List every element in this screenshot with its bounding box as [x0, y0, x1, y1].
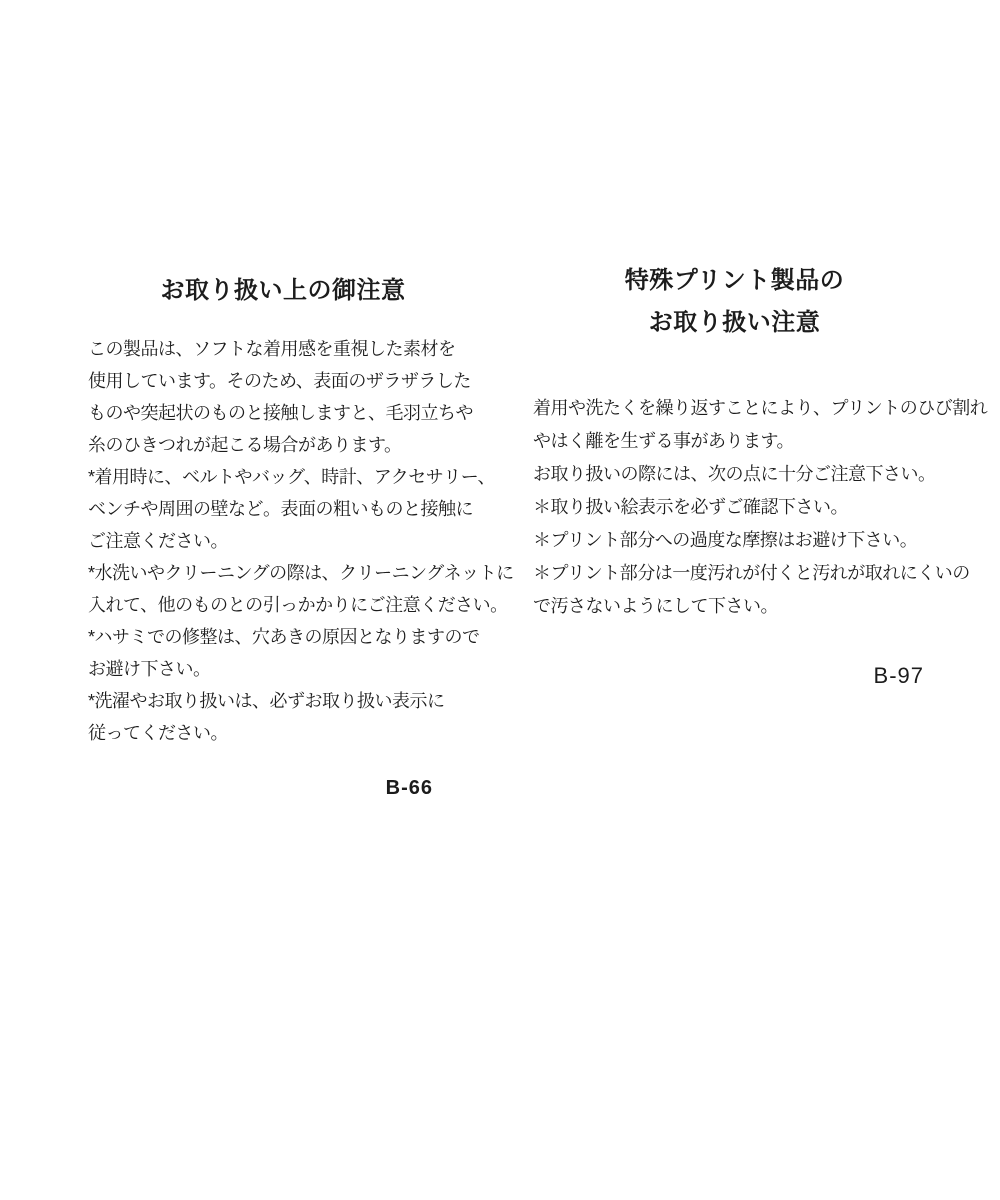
right-panel-title-line-1: 特殊プリント製品の	[533, 266, 936, 308]
text-line: お避け下さい。	[88, 653, 448, 685]
care-instructions-document: お取り扱い上の御注意 この製品は、ソフトな着用感を重視した素材を使用しています。…	[0, 0, 1000, 1200]
text-line: ＊取り扱い絵表示を必ずご確認下さい。	[533, 491, 963, 524]
text-line: 入れて、他のものとの引っかかりにご注意ください。	[88, 589, 448, 621]
text-line: 着用や洗たくを繰り返すことにより、プリントのひび割れ	[533, 392, 963, 425]
text-line: *水洗いやクリーニングの際は、クリーニングネットに	[88, 557, 448, 589]
right-panel-title-line-2: お取り扱い注意	[533, 308, 936, 350]
right-panel-page-code: B-97	[533, 663, 936, 689]
text-line: やはく離を生ずる事があります。	[533, 425, 963, 458]
text-line: ＊プリント部分への過度な摩擦はお避け下さい。	[533, 524, 963, 557]
text-line: 糸のひきつれが起こる場合があります。	[88, 429, 448, 461]
text-line: ベンチや周囲の壁など。表面の粗いものと接触に	[88, 493, 448, 525]
text-line: ＊プリント部分は一度汚れが付くと汚れが取れにくいの	[533, 557, 963, 590]
text-line: *ハサミでの修整は、穴あきの原因となりますので	[88, 621, 448, 653]
text-line: *洗濯やお取り扱いは、必ずお取り扱い表示に	[88, 685, 448, 717]
right-panel-body: 着用や洗たくを繰り返すことにより、プリントのひび割れやはく離を生ずる事があります…	[533, 392, 963, 623]
left-panel-body: この製品は、ソフトな着用感を重視した素材を使用しています。そのため、表面のザラザ…	[88, 333, 448, 749]
text-line: ものや突起状のものと接触しますと、毛羽立ちや	[88, 397, 448, 429]
right-panel-title: 特殊プリント製品の お取り扱い注意	[533, 266, 936, 350]
text-line: お取り扱いの際には、次の点に十分ご注意下さい。	[533, 458, 963, 491]
text-line: 従ってください。	[88, 717, 448, 749]
text-line: ご注意ください。	[88, 525, 448, 557]
text-line: 使用しています。そのため、表面のザラザラした	[88, 365, 448, 397]
text-line: *着用時に、ベルトやバッグ、時計、アクセサリー、	[88, 461, 448, 493]
left-panel-title: お取り扱い上の御注意	[88, 270, 438, 305]
text-line: で汚さないようにして下さい。	[533, 590, 963, 623]
text-line: この製品は、ソフトな着用感を重視した素材を	[88, 333, 448, 365]
left-panel-page-code: B-66	[88, 777, 433, 800]
